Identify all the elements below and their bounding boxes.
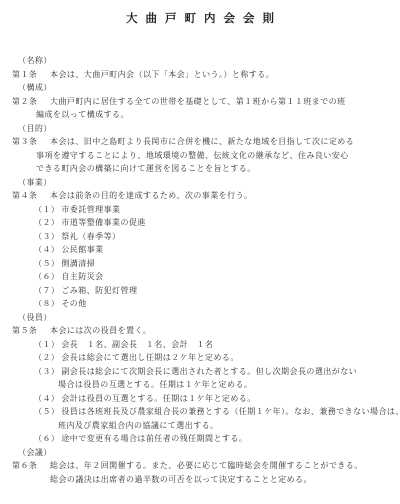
list-item: （２）市道等整備事業の促進 [34, 216, 400, 230]
list-item-text: その他 [61, 299, 86, 308]
list-item-no: （６） [34, 434, 59, 443]
article-label: 第６条 [12, 459, 50, 473]
article-3: 第３条本会は、旧中之島町より長岡市に合併を機に、新たな地域を目指して次に定める [12, 135, 400, 149]
list-item-text: 会長 １名、副会長 １名、会計 １名 [61, 340, 213, 349]
list-item-no: （５） [34, 259, 59, 268]
section-heading: （構成） [18, 81, 400, 95]
article-line: 大曲戸町内に居住する全ての世帯を基礎として、第１班から第１１班までの班 [50, 97, 346, 106]
section-meetings: （会議） 第６条総会は、年２回開催する。また、必要に応じて臨時総会を開催すること… [0, 446, 400, 487]
article-line: 事項を遵守することにより、地域環境の整備、伝統文化の継承など、住み良い安心 [36, 149, 400, 163]
list-item-no: （４） [34, 245, 59, 254]
section-heading: （目的） [18, 122, 400, 136]
section-name: （名称） 第１条本会は、大曲戸町内会（以下「本会」という。）と称する。 [0, 54, 400, 81]
article-label: 第４条 [12, 189, 50, 203]
list-item-no: （１） [34, 205, 59, 214]
list-item: （８）その他 [34, 297, 400, 311]
list-item-no: （５） [34, 407, 59, 416]
list-item: （７）ごみ箱、防犯灯管理 [34, 284, 400, 298]
document-page: 大曲戸町内会会則 （名称） 第１条本会は、大曲戸町内会（以下「本会」という。）と… [0, 0, 400, 504]
list-item-text: 自主防災会 [61, 272, 103, 281]
list-item-text: 途中で変更有る場合は前任者の残任期間とする。 [61, 434, 247, 443]
list-item-text: 副会長は総会にて次期会長に選出された者とする。但し次期会長の選出がない [61, 367, 357, 376]
list-item-text: 役員は各班班長及び農家組合長の兼務とする（任期１ケ年）。なお、兼務できない場合は… [61, 407, 400, 416]
list-item: （４）会計は役員の互選とする。任期は１ケ年と定める。 [34, 392, 400, 406]
article-label: 第５条 [12, 324, 50, 338]
list-item: （５）役員は各班班長及び農家組合長の兼務とする（任期１ケ年）。なお、兼務できない… [34, 405, 400, 419]
list-item-text: ごみ箱、防犯灯管理 [61, 286, 137, 295]
list-item-no: （２） [34, 353, 59, 362]
article-line: 総会は、年２回開催する。また、必要に応じて臨時総会を開催することができる。 [50, 461, 363, 470]
article-line: 総会の議決は出席者の過半数の可否を以って決定することと定める。 [50, 473, 400, 487]
section-officers: （役員） 第５条本会には次の役員を置く。 （１）会長 １名、副会長 １名、会計 … [0, 311, 400, 446]
section-purpose: （目的） 第３条本会は、旧中之島町より長岡市に合併を機に、新たな地域を目指して次… [0, 122, 400, 176]
list-item-text: 市道等整備事業の促進 [61, 218, 146, 227]
document-body: （名称） 第１条本会は、大曲戸町内会（以下「本会」という。）と称する。 （構成）… [0, 54, 400, 486]
list-item: （５）側溝清掃 [34, 257, 400, 271]
article-5: 第５条本会には次の役員を置く。 [12, 324, 400, 338]
section-heading: （役員） [18, 311, 400, 325]
list-item: （３）副会長は総会にて次期会長に選出された者とする。但し次期会長の選出がない [34, 365, 400, 379]
article-line: 本会は前条の目的を達成するため、次の事業を行う。 [50, 191, 252, 200]
list-item-text: 市委託管理事業 [61, 205, 120, 214]
article-line: 本会には次の役員を置く。 [50, 326, 151, 335]
list-item-no: （３） [34, 367, 59, 376]
list-item: （１）会長 １名、副会長 １名、会計 １名 [34, 338, 400, 352]
section-composition: （構成） 第２条大曲戸町内に居住する全ての世帯を基礎として、第１班から第１１班ま… [0, 81, 400, 122]
list-item-no: （６） [34, 272, 59, 281]
section-business: （事業） 第４条本会は前条の目的を達成するため、次の事業を行う。 （１）市委託管… [0, 176, 400, 311]
list-item: （１）市委託管理事業 [34, 203, 400, 217]
article-1: 第１条本会は、大曲戸町内会（以下「本会」という。）と称する。 [12, 68, 400, 82]
list-item-text: 場合は役員の互選とする。任期は１ケ年と定める。 [58, 378, 400, 392]
list-item-no: （１） [34, 340, 59, 349]
list-item-text: 会計は役員の互選とする。任期は１ケ年と定める。 [61, 394, 255, 403]
section-heading: （会議） [18, 446, 400, 460]
list-item: （６）自主防災会 [34, 270, 400, 284]
section-heading: （名称） [18, 54, 400, 68]
document-title: 大曲戸町内会会則 [0, 0, 400, 26]
list-item: （２）会長は総会にて選出し任期は２ケ年と定める。 [34, 351, 400, 365]
list-item: （３）祭礼（春季等） [34, 230, 400, 244]
list-item-no: （７） [34, 286, 59, 295]
list-item-no: （８） [34, 299, 59, 308]
article-line: 編成を以って構成する。 [36, 108, 400, 122]
article-label: 第３条 [12, 135, 50, 149]
article-2: 第２条大曲戸町内に居住する全ての世帯を基礎として、第１班から第１１班までの班 [12, 95, 400, 109]
list-item-text: 公民館事業 [61, 245, 103, 254]
list-item: （４）公民館事業 [34, 243, 400, 257]
article-line: 本会は、大曲戸町内会（以下「本会」という。）と称する。 [50, 70, 274, 79]
list-item-text: 側溝清掃 [61, 259, 95, 268]
list-item-text: 会長は総会にて選出し任期は２ケ年と定める。 [61, 353, 238, 362]
article-line: 本会は、旧中之島町より長岡市に合併を機に、新たな地域を目指して次に定める [50, 137, 354, 146]
list-item-no: （３） [34, 232, 59, 241]
article-line: できる町内会の構築に向けて運営を図ることを旨とする。 [36, 162, 400, 176]
list-item: （６）途中で変更有る場合は前任者の残任期間とする。 [34, 432, 400, 446]
article-label: 第１条 [12, 68, 50, 82]
list-item-no: （４） [34, 394, 59, 403]
list-item-no: （２） [34, 218, 59, 227]
article-6: 第６条総会は、年２回開催する。また、必要に応じて臨時総会を開催することができる。 [12, 459, 400, 473]
section-heading: （事業） [18, 176, 400, 190]
article-label: 第２条 [12, 95, 50, 109]
list-item-text: 班内及び農家組合内の協議にて選出する。 [58, 419, 400, 433]
article-4: 第４条本会は前条の目的を達成するため、次の事業を行う。 [12, 189, 400, 203]
list-item-text: 祭礼（春季等） [61, 232, 120, 241]
